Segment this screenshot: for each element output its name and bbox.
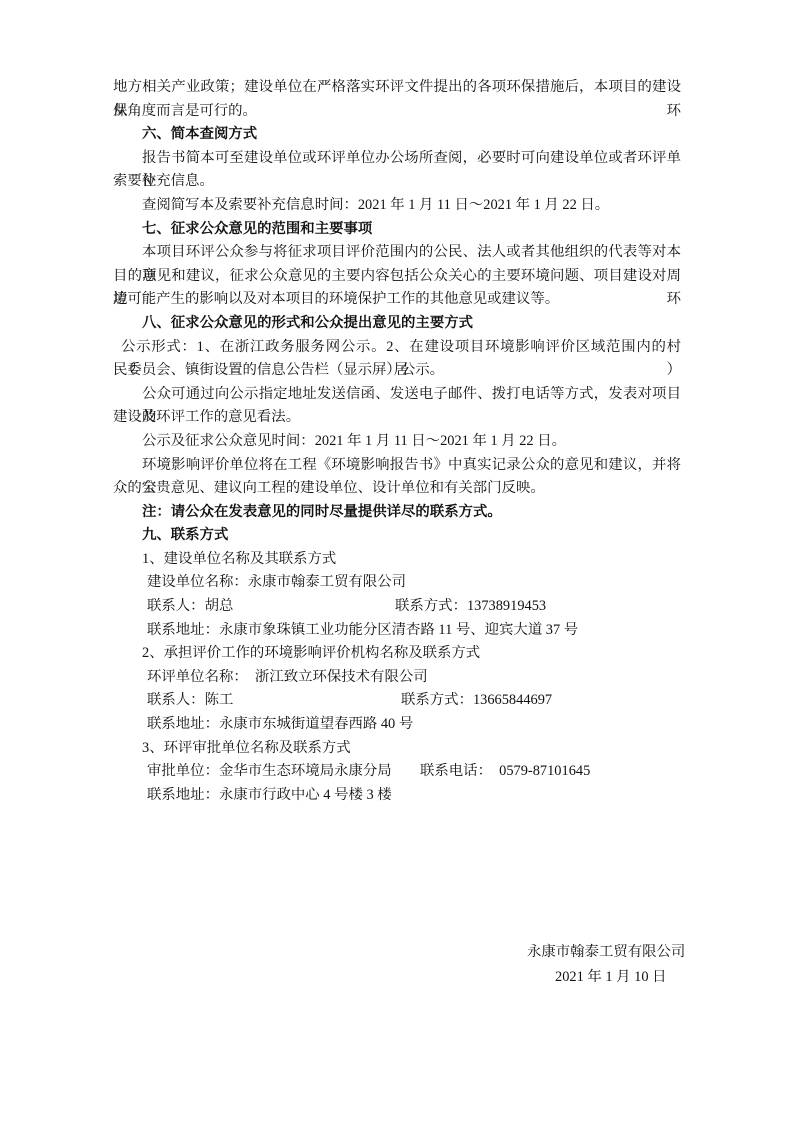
evaluator-person: 联系人：陈工	[147, 689, 401, 713]
approver-title: 3、环评审批单位名称及联系方式	[113, 737, 681, 761]
evaluator-address: 联系地址：永康市东城街道望春西路 40 号	[113, 713, 681, 737]
builder-name: 建设单位名称：永康市翰泰工贸有限公司	[113, 571, 681, 595]
paragraph-line: 公示及征求公众意见时间：2021 年 1 月 11 日～2021 年 1 月 2…	[113, 430, 681, 454]
evaluator-title: 2、承担评价工作的环境影响评价机构名称及联系方式	[113, 642, 681, 666]
paragraph-line: 查阅简写本及索要补充信息时间：2021 年 1 月 11 日～2021 年 1 …	[113, 194, 681, 218]
paragraph-line: 公众可通过向公示指定地址发送信函、发送电子邮件、拨打电话等方式，发表对项目的	[113, 383, 681, 407]
paragraph-line: 索要补充信息。	[113, 170, 681, 194]
evaluator-phone: 联系方式：13665844697	[401, 689, 552, 713]
paragraph-line: 报告书简本可至建设单位或环评单位办公场所查阅，必要时可向建设单位或者环评单位	[113, 147, 681, 171]
section-heading-7: 七、征求公众意见的范围和主要事项	[113, 218, 681, 242]
document-body: 地方相关产业政策；建设单位在严格落实环评文件提出的各项环保措施后，本项目的建设从…	[113, 76, 681, 807]
builder-person: 联系人：胡总	[147, 595, 395, 619]
section-heading-8: 八、征求公众意见的形式和公众提出意见的主要方式	[113, 312, 681, 336]
builder-title: 1、建设单位名称及其联系方式	[113, 548, 681, 572]
approver-name: 审批单位：金华市生态环境局永康分局	[147, 760, 420, 784]
paragraph-line: 众的宝贵意见、建议向工程的建设单位、设计单位和有关部门反映。	[113, 477, 681, 501]
evaluator-contact-row: 联系人：陈工 联系方式：13665844697	[113, 689, 681, 713]
paragraph-line: 目的意见和建议，征求公众意见的主要内容包括公众关心的主要环境问题、项目建设对周边…	[113, 265, 681, 289]
section-heading-9: 九、联系方式	[113, 524, 681, 548]
approver-phone: 联系电话： 0579-87101645	[420, 760, 590, 784]
section-heading-6: 六、简本查阅方式	[113, 123, 681, 147]
signature-date: 2021 年 1 月 10 日	[555, 966, 667, 990]
builder-phone: 联系方式：13738919453	[395, 595, 546, 619]
paragraph-line: 本项目环评公众参与将征求项目评价范围内的公民、法人或者其他组织的代表等对本项	[113, 241, 681, 265]
builder-address: 联系地址：永康市象珠镇工业功能分区清杏路 11 号、迎宾大道 37 号	[113, 619, 681, 643]
paragraph-line: 环境影响评价单位将在工程《环境影响报告书》中真实记录公众的意见和建议，并将公	[113, 454, 681, 478]
note: 注：请公众在发表意见的同时尽量提供详尽的联系方式。	[113, 501, 681, 525]
evaluator-name: 环评单位名称： 浙江致立环保技术有限公司	[113, 666, 681, 690]
paragraph-line: 公示形式：1、在浙江政务服务网公示。2、在建设项目环境影响评价区域范围内的村（居…	[113, 336, 681, 360]
paragraph-line: 建设及环评工作的意见看法。	[113, 406, 681, 430]
paragraph-line: 地方相关产业政策；建设单位在严格落实环评文件提出的各项环保措施后，本项目的建设从…	[113, 76, 681, 100]
builder-contact-row: 联系人：胡总 联系方式：13738919453	[113, 595, 681, 619]
signature-company: 永康市翰泰工贸有限公司	[527, 941, 685, 965]
approver-address: 联系地址：永康市行政中心 4 号楼 3 楼	[113, 784, 681, 808]
approver-contact-row: 审批单位：金华市生态环境局永康分局 联系电话： 0579-87101645	[113, 760, 681, 784]
